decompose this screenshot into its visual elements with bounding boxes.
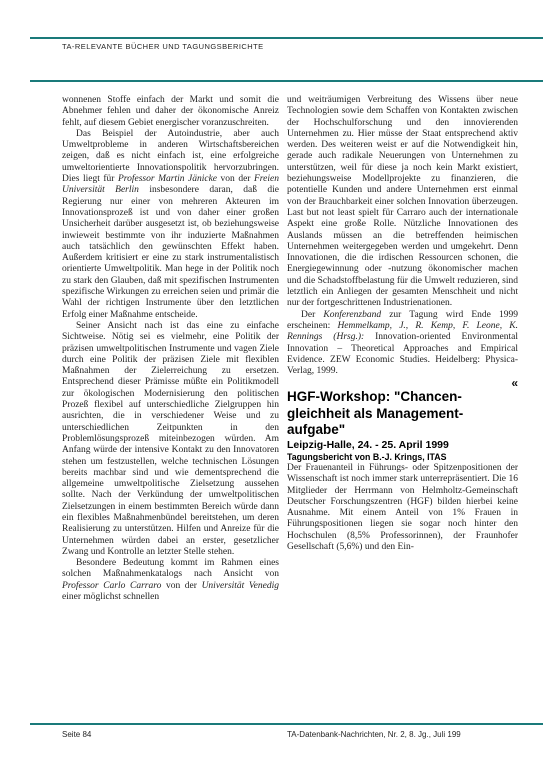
section-end-mark: « <box>287 377 518 389</box>
paragraph: Der Frauenanteil in Führungs- oder Spitz… <box>287 463 518 553</box>
header-rule-top <box>30 37 543 39</box>
paragraph: Das Beispiel der Autoindustrie, aber auc… <box>62 129 279 321</box>
paragraph: Besondere Bedeutung kommt im Rahmen eine… <box>62 558 279 603</box>
journal-page: TA-RELEVANTE BÜCHER UND TAGUNGSBERICHTE … <box>0 0 543 768</box>
journal-citation: TA-Datenbank-Nachrichten, Nr. 2, 8. Jg.,… <box>287 730 461 739</box>
header-rule-bottom <box>30 80 543 82</box>
paragraph: Seiner Ansicht nach ist das eine zu einf… <box>62 321 279 558</box>
footer-rule <box>30 723 543 725</box>
column-right: und weiträumigen Verbreitung des Wissens… <box>287 95 518 553</box>
article-byline: Tagungsbericht von B.-J. Krings, ITAS <box>287 452 518 463</box>
paragraph: wonnenen Stoffe einfach der Markt und so… <box>62 95 279 129</box>
article-subtitle: Leipzig-Halle, 24. - 25. April 1999 <box>287 439 518 452</box>
page-number: Seite 84 <box>62 730 91 739</box>
paragraph: und weiträumigen Verbreitung des Wissens… <box>287 95 518 310</box>
column-left: wonnenen Stoffe einfach der Markt und so… <box>62 95 279 603</box>
article-title: HGF-Workshop: "Chancen-gleichheit als Ma… <box>287 389 518 439</box>
paragraph: Der Konferenzband zur Tagung wird Ende 1… <box>287 310 518 378</box>
running-head: TA-RELEVANTE BÜCHER UND TAGUNGSBERICHTE <box>62 42 264 51</box>
